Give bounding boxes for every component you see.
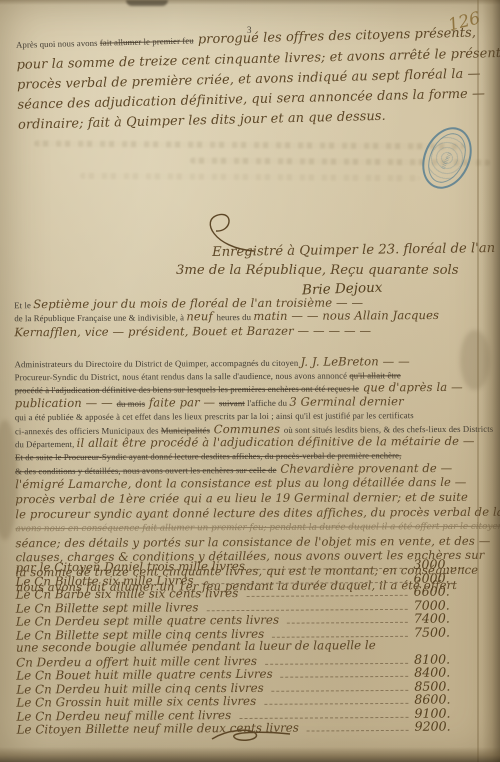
- handwritten-text: J. J. LeBreton — —: [301, 354, 410, 369]
- opening-paragraph: Après quoi nous avons fait allumer le pr…: [16, 22, 490, 135]
- handwritten-text: que d'après la —: [359, 380, 463, 395]
- handwritten-text: l'émigré Lamarche, dont la consistance e…: [15, 475, 466, 491]
- struck-printed-text: suivant: [219, 398, 245, 408]
- manuscript-line: Kernafflen, vice — président, Bouet et B…: [14, 323, 490, 340]
- handwritten-text: 3 Germinal dernier: [289, 394, 403, 409]
- closing-flourish-icon: [208, 726, 294, 746]
- handwritten-text: publication — —: [15, 395, 117, 410]
- dotted-leader: [281, 676, 409, 678]
- printed-text: l'affiche du: [245, 398, 290, 408]
- handwritten-text: séance; des détails y portés sur la cons…: [15, 533, 490, 549]
- printed-text: Et le: [14, 300, 33, 310]
- page-top-edge: [0, 0, 500, 5]
- handwritten-text: neuf: [186, 310, 216, 324]
- handwritten-text: le procureur syndic ayant donné lecture …: [15, 504, 500, 521]
- page-bottom-edge: [0, 747, 500, 762]
- faint-struck-text: avons nous en conséquence fait allumer u…: [15, 522, 500, 535]
- page-crease: [477, 0, 479, 762]
- page-right-edge: [482, 0, 500, 762]
- bleedthrough-line: [80, 173, 420, 181]
- manuscript-line: de la République Française une & indivis…: [14, 309, 490, 325]
- handwritten-text: matin — — nous Allain Jacques: [253, 308, 439, 323]
- printed-text: du Département,: [15, 439, 77, 449]
- registration-line-2: 3me de la République, Reçu quarante sols: [176, 263, 459, 278]
- bid-amount: 9200.: [415, 718, 469, 733]
- bid-name: par le Citoyen Daniel trois mille livres: [15, 559, 245, 575]
- bid-name: Le Cn Barbe six mille six cents livres: [16, 586, 239, 602]
- struck-printed-text: Municipalités: [161, 425, 210, 435]
- document-page: 126 3 Après quoi nous avons fait allumer…: [0, 0, 500, 762]
- printed-text: ci-annexés des officiers Municipaux des: [15, 425, 161, 436]
- ink-bleedthrough: [20, 140, 480, 191]
- struck-printed-text: qu'il allait être: [349, 370, 401, 380]
- manuscript-line: procédé à l'adjudication définitive des …: [15, 381, 491, 397]
- dotted-leader: [287, 622, 408, 624]
- printed-text: où sont situés lesdits biens, & des chef…: [284, 423, 493, 434]
- struck-printed-text: fait allumer le premier feu: [100, 35, 194, 47]
- bid-name: une seconde bougie allumée pendant la lu…: [16, 638, 376, 655]
- registration-line-1: Enregistré à Quimper le 23. floréal de l…: [212, 241, 495, 260]
- struck-printed-text: du mois: [117, 398, 146, 408]
- printed-text: qui a été publiée & apposée à cet effet …: [15, 410, 414, 422]
- bleedthrough-line: [34, 140, 464, 149]
- handwritten-text: procès verbal de 1ère criée qui a eu lie…: [15, 490, 468, 506]
- printed-form-section: Et le Septième jour du mois de floréal d…: [14, 296, 492, 595]
- handwritten-text: Communes: [210, 421, 284, 435]
- bid-list: par le Citoyen Daniel trois mille livres…: [15, 556, 468, 735]
- bid-amount: 7500.: [414, 624, 468, 639]
- printed-text: heures du: [217, 312, 254, 322]
- printed-text: Procureur-Syndic du District, nous étant…: [15, 370, 350, 382]
- printed-text: Administrateurs du Directoire du Distric…: [15, 357, 301, 368]
- struck-printed-text: & des conditions y détaillées, nous avon…: [15, 465, 276, 476]
- dotted-leader: [307, 730, 409, 732]
- handwritten-text: Kernafflen, vice — président, Bouet et B…: [14, 323, 371, 339]
- handwritten-text: Chevardière provenant de —: [277, 461, 453, 476]
- binding-mark: [126, 0, 168, 6]
- printed-text: de la République Française une & indivis…: [14, 313, 186, 324]
- handwritten-text: il allait être procédé à l'adjudication …: [77, 434, 475, 450]
- handwritten-text: faite par —: [145, 395, 219, 409]
- printed-text: Après quoi nous avons: [16, 38, 100, 50]
